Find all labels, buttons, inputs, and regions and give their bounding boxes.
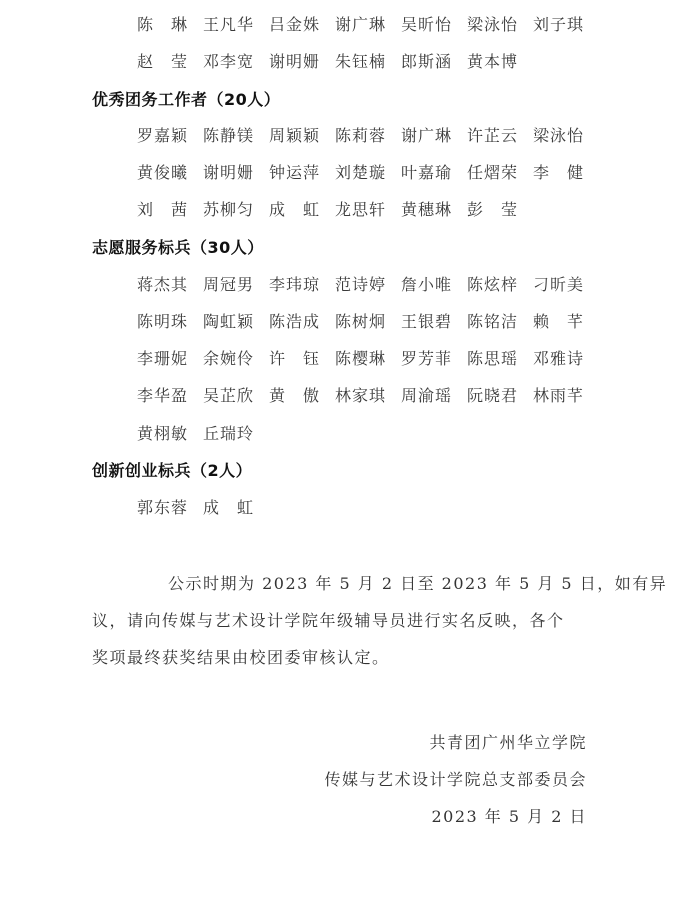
notice-line-3: 奖项最终获奖结果由校团委审核认定。 bbox=[92, 639, 587, 676]
name: 梁泳怡 bbox=[467, 13, 518, 37]
name: 王银碧 bbox=[401, 310, 452, 334]
name: 吴芷欣 bbox=[203, 384, 254, 408]
name: 许 钰 bbox=[269, 347, 320, 371]
name: 陈铭洁 bbox=[467, 310, 518, 334]
notice-text-2: 议，请向传媒与艺术设计学院年级辅导员进行实名反映，各个 bbox=[92, 611, 565, 630]
name: 赖 芊 bbox=[533, 310, 584, 334]
name: 朱钰楠 bbox=[335, 50, 386, 74]
name: 李珊妮 bbox=[137, 347, 188, 371]
name: 范诗婷 bbox=[335, 273, 386, 297]
name: 郎斯涵 bbox=[401, 50, 452, 74]
name: 梁泳怡 bbox=[533, 124, 584, 148]
name: 龙思轩 bbox=[335, 198, 386, 222]
signature-date: 2023 年 5 月 2 日 bbox=[431, 805, 587, 829]
section-heading-innovation-entrepreneurship-models: 创新创业标兵（2人） bbox=[92, 459, 252, 483]
name: 陶虹颖 bbox=[203, 310, 254, 334]
name: 罗嘉颖 bbox=[137, 124, 188, 148]
name: 彭 莹 bbox=[467, 198, 518, 222]
notice-line-2: 议，请向传媒与艺术设计学院年级辅导员进行实名反映，各个 bbox=[92, 602, 587, 639]
name: 林家琪 bbox=[335, 384, 386, 408]
name: 詹小唯 bbox=[401, 273, 452, 297]
name: 黄 傲 bbox=[269, 384, 320, 408]
notice-paragraph: 公示时期为 2023 年 5 月 2 日至 2023 年 5 月 5 日，如有异… bbox=[92, 565, 587, 676]
name: 赵 莹 bbox=[137, 50, 188, 74]
name: 谢广琳 bbox=[401, 124, 452, 148]
name: 谢明姗 bbox=[269, 50, 320, 74]
name: 罗芳菲 bbox=[401, 347, 452, 371]
notice-text-3: 奖项最终获奖结果由校团委审核认定。 bbox=[92, 648, 390, 667]
name: 邓雅诗 bbox=[533, 347, 584, 371]
name: 钟运萍 bbox=[269, 161, 320, 185]
name: 郭东蓉 bbox=[137, 496, 188, 520]
name: 吴昕怡 bbox=[401, 13, 452, 37]
name: 刘 茜 bbox=[137, 198, 188, 222]
name: 陈明珠 bbox=[137, 310, 188, 334]
name: 苏柳匀 bbox=[203, 198, 254, 222]
name: 刘楚璇 bbox=[335, 161, 386, 185]
section-heading-volunteer-service-models: 志愿服务标兵（30人） bbox=[92, 236, 264, 260]
name: 李华盈 bbox=[137, 384, 188, 408]
name: 刘子琪 bbox=[533, 13, 584, 37]
notice-text-1: 公示时期为 2023 年 5 月 2 日至 2023 年 5 月 5 日，如有异 bbox=[168, 574, 667, 593]
name: 王凡华 bbox=[203, 13, 254, 37]
name: 周冠男 bbox=[203, 273, 254, 297]
notice-line-1: 公示时期为 2023 年 5 月 2 日至 2023 年 5 月 5 日，如有异 bbox=[92, 565, 587, 602]
name: 陈浩成 bbox=[269, 310, 320, 334]
name: 吕金姝 bbox=[269, 13, 320, 37]
name: 成 虹 bbox=[269, 198, 320, 222]
name: 陈莉蓉 bbox=[335, 124, 386, 148]
name: 谢广琳 bbox=[335, 13, 386, 37]
name: 陈静镁 bbox=[203, 124, 254, 148]
name: 周渝瑶 bbox=[401, 384, 452, 408]
name: 陈树炯 bbox=[335, 310, 386, 334]
name: 许芷云 bbox=[467, 124, 518, 148]
name: 余婉伶 bbox=[203, 347, 254, 371]
section-heading-outstanding-league-workers: 优秀团务工作者（20人） bbox=[92, 88, 280, 112]
name: 李玮琼 bbox=[269, 273, 320, 297]
name: 陈樱琳 bbox=[335, 347, 386, 371]
signature-org-2: 传媒与艺术设计学院总支部委员会 bbox=[324, 768, 587, 792]
name: 阮晓君 bbox=[467, 384, 518, 408]
name: 陈 琳 bbox=[137, 13, 188, 37]
name: 丘瑞玲 bbox=[203, 422, 254, 446]
name: 成 虹 bbox=[203, 496, 254, 520]
name: 陈思瑶 bbox=[467, 347, 518, 371]
name: 叶嘉瑜 bbox=[401, 161, 452, 185]
name: 蒋杰其 bbox=[137, 273, 188, 297]
name: 刁昕美 bbox=[533, 273, 584, 297]
name: 黄本博 bbox=[467, 50, 518, 74]
name: 任熠荣 bbox=[467, 161, 518, 185]
signature-org-1: 共青团广州华立学院 bbox=[429, 731, 587, 755]
name: 黄栩敏 bbox=[137, 422, 188, 446]
name: 陈炫梓 bbox=[467, 273, 518, 297]
name: 邓李宽 bbox=[203, 50, 254, 74]
announcement-page: 陈 琳 王凡华 吕金姝 谢广琳 吴昕怡 梁泳怡 刘子琪 赵 莹 邓李宽 谢明姗 … bbox=[0, 0, 685, 910]
name: 谢明姗 bbox=[203, 161, 254, 185]
name: 周颖颖 bbox=[269, 124, 320, 148]
name: 黄穗琳 bbox=[401, 198, 452, 222]
name: 黄俊曦 bbox=[137, 161, 188, 185]
name: 李 健 bbox=[533, 161, 584, 185]
name: 林雨芊 bbox=[533, 384, 584, 408]
